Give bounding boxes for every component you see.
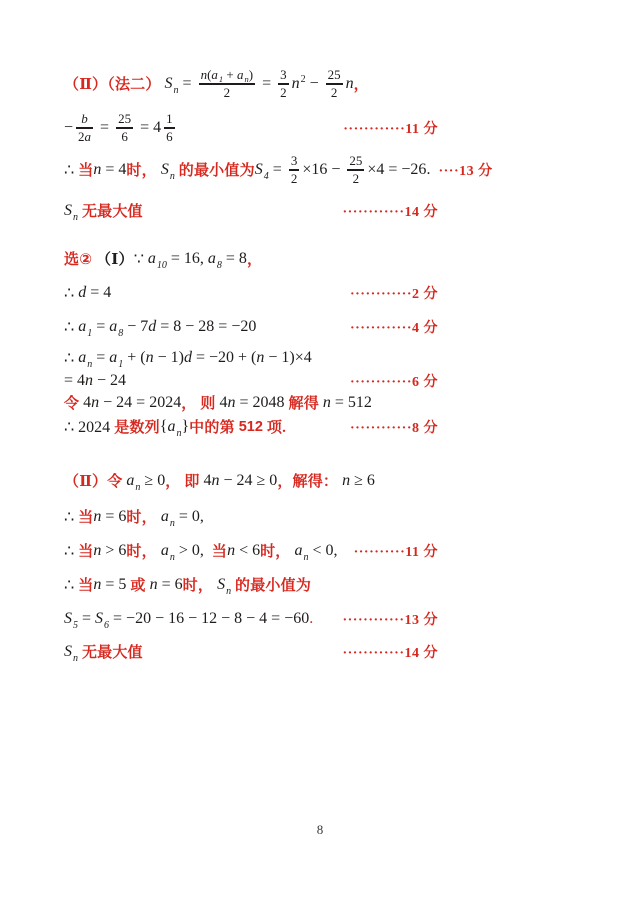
text-run: an (167, 418, 181, 436)
subscript: 8 (217, 260, 222, 271)
text-run: Sn (213, 576, 231, 594)
text-run: ×4 = −26 (367, 161, 426, 179)
line-text: ∴ 当n > 6时， an > 0, 当n < 6时， an < 0, (64, 540, 338, 561)
text-run: + (223, 68, 237, 82)
text-run: ) (249, 68, 253, 82)
text-run: an (291, 542, 309, 560)
fraction-numerator: b (79, 112, 90, 126)
text-run: 当 (78, 506, 93, 527)
text-run: 是数列 (114, 416, 160, 437)
solution-line: ∴ 2024 是数列{an}中的第 512 项.············8 分 (64, 416, 438, 437)
solution-line: ∴ 当n = 4时， Sn 的最小值为S4 = 32×16 − 252×4 = … (64, 152, 438, 188)
text-run: = (78, 610, 95, 628)
solution-line: 选② （Ⅰ）∵ a10 = 16, a8 = 8， (64, 248, 438, 269)
text-run: Sn (161, 75, 179, 93)
fraction-denominator: 2 (222, 86, 233, 100)
text-run: d (78, 284, 86, 302)
text-run: n (256, 349, 264, 367)
text-run: n (228, 394, 236, 412)
line-text: ∴ 当n = 5 或 n = 6时， Sn 的最小值为 (64, 574, 311, 595)
text-run: ， (354, 73, 369, 94)
text-run: ∴ (64, 283, 78, 303)
text-run: 无最大值 (78, 641, 143, 662)
text-run: = (96, 119, 113, 137)
text-run: 时， (126, 540, 156, 561)
text-run: = −20 − 16 − 12 − 8 − 4 = −60 (109, 610, 309, 628)
fraction: n(a1 + an)2 (199, 68, 256, 100)
text-run: > 0, (175, 542, 212, 560)
score-marker: ····13 分 (438, 160, 492, 180)
score-marker: ············4 分 (350, 317, 438, 337)
text-run: 当 (78, 159, 93, 180)
text-run: 3 (280, 68, 287, 82)
text-run: ∴ (64, 541, 78, 561)
subscript: 1 (87, 328, 92, 339)
text-run: = 2048 (236, 394, 289, 412)
text-run: 2 (224, 86, 231, 100)
line-text: （Ⅱ）令 an ≥ 0， 即 4n − 24 ≥ 0，解得： n ≥ 6 (64, 470, 375, 491)
text-run: ∴ 2024 (64, 417, 114, 437)
text-run: = −20 + ( (192, 349, 256, 367)
text-run: an (78, 349, 92, 367)
fraction-denominator: 2 (278, 86, 289, 100)
line-text: ∴ 当n = 6时， an = 0, (64, 506, 204, 527)
text-run: 的最小值为 (175, 159, 255, 180)
text-run: 4 (204, 472, 212, 490)
fraction-denominator: 2 (329, 86, 340, 100)
text-run: 2 (331, 86, 338, 100)
text-run: − 7 (123, 318, 148, 336)
text-run: 的最小值为 (231, 574, 311, 595)
text-run: 25 (328, 68, 341, 82)
text-run: 4 (220, 394, 228, 412)
fraction: 32 (289, 154, 300, 186)
text-run: ≥ 0 (140, 472, 165, 490)
fraction-numerator: 25 (347, 154, 364, 168)
text-run: = 8 − 28 = −20 (156, 318, 256, 336)
document-page: （Ⅱ）（法二） Sn = n(a1 + an)2 = 32n2 − 252n，−… (0, 0, 640, 905)
text-run: ， 即 (165, 470, 203, 491)
text-run: 当 (78, 574, 93, 595)
text-run: d (148, 318, 156, 336)
text-run: （Ⅱ）（法二） (64, 73, 161, 94)
text-run: an (126, 472, 140, 490)
subscript: n (73, 212, 78, 223)
text-run: ×16 − (302, 161, 344, 179)
text-run: ∴ (64, 160, 78, 180)
subscript: n (87, 359, 92, 370)
fraction: 256 (116, 112, 133, 144)
line-text: ∴ 2024 是数列{an}中的第 512 项. (64, 416, 286, 437)
text-run: ，解得： (277, 470, 342, 491)
subscript: 1 (219, 74, 223, 84)
text-run: ∴ (64, 317, 78, 337)
solution-line: ∴ a1 = a8 − 7d = 8 − 28 = −20···········… (64, 317, 438, 337)
text-run: 时， (126, 159, 156, 180)
line-text: Sn 无最大值 (64, 641, 143, 662)
fraction-denominator: 2 (289, 172, 300, 186)
subscript: n (245, 74, 249, 84)
solution-line: ∴ 当n > 6时， an > 0, 当n < 6时， an < 0,·····… (64, 540, 438, 561)
fraction: 16 (164, 112, 175, 144)
text-run: = (179, 75, 196, 93)
superscript: 2 (301, 74, 306, 85)
text-run: n (146, 349, 154, 367)
text-run: S5 (64, 610, 78, 628)
solution-line: （Ⅱ）（法二） Sn = n(a1 + an)2 = 32n2 − 252n， (64, 66, 438, 102)
solution-line: ∴ 当n = 6时， an = 0, (64, 506, 438, 527)
subscript: n (170, 552, 175, 563)
text-run: a1 (78, 318, 92, 336)
text-run: 2 (353, 172, 360, 186)
text-run: . (309, 610, 313, 628)
fraction-numerator: 25 (116, 112, 133, 126)
text-run: ， (247, 248, 262, 269)
page-number: 8 (0, 822, 640, 838)
text-run: = 512 (331, 394, 372, 412)
text-run: 25 (118, 112, 131, 126)
text-run: { (160, 418, 168, 436)
text-run: n (93, 161, 101, 179)
text-run: . (426, 161, 430, 179)
fraction-numerator: 25 (326, 68, 343, 82)
solution-line: = 4n − 24············6 分 (64, 371, 438, 391)
solution-line: ∴ 当n = 5 或 n = 6时， Sn 的最小值为 (64, 574, 438, 595)
text-run: 3 (291, 154, 298, 168)
text-run: = (92, 318, 109, 336)
text-run: 时， (260, 540, 290, 561)
line-text: 选② （Ⅰ）∵ a10 = 16, a8 = 8， (64, 248, 262, 269)
solution-line: 令 4n − 24 = 2024， 则 4n = 2048 解得 n = 512 (64, 392, 438, 413)
text-run: ， 则 (181, 392, 219, 413)
text-run: S6 (95, 610, 109, 628)
solution-line: Sn 无最大值············14 分 (64, 200, 438, 221)
solution-line: ∴ an = a1 + (n − 1)d = −20 + (n − 1)×4 (64, 348, 438, 368)
fraction: 252 (326, 68, 343, 100)
line-text: −b2a = 256 = 416 (64, 112, 178, 144)
solution-line: ∴ d = 4············2 分 (64, 283, 438, 303)
score-marker: ············11 分 (343, 118, 438, 138)
text-run: 当 (78, 540, 93, 561)
subscript: n (73, 653, 78, 664)
text-run: n (146, 576, 158, 594)
solution-line: −b2a = 256 = 416············11 分 (64, 110, 438, 146)
text-run: a10 (148, 250, 167, 268)
line-text: = 4n − 24 (64, 372, 126, 390)
text-run: = (92, 349, 109, 367)
fraction-numerator: n(a1 + an) (199, 68, 256, 82)
text-run: = (258, 75, 275, 93)
subscript: n (176, 428, 181, 439)
line-text: （Ⅱ）（法二） Sn = n(a1 + an)2 = 32n2 − 252n， (64, 68, 369, 100)
text-run: } (181, 418, 189, 436)
score-marker: ············8 分 (350, 417, 438, 437)
text-run: n (212, 472, 220, 490)
subscript: n (170, 171, 175, 182)
text-run: a1 (109, 349, 123, 367)
fraction-denominator: 2 (351, 172, 362, 186)
text-run: 或 (130, 574, 145, 595)
text-run: b (81, 112, 88, 126)
text-run: n (93, 576, 101, 594)
line-text: Sn 无最大值 (64, 200, 143, 221)
subscript: 1 (118, 359, 123, 370)
line-text: ∴ a1 = a8 − 7d = 8 − 28 = −20 (64, 317, 256, 337)
text-run: − 24 ≥ 0 (220, 472, 278, 490)
fraction-denominator: 6 (119, 130, 130, 144)
text-run: Sn (64, 643, 78, 661)
fraction: b2a (76, 112, 93, 144)
text-run: a8 (109, 318, 123, 336)
text-run: an (157, 542, 175, 560)
text-run: 时， (126, 506, 156, 527)
solution-line: S5 = S6 = −20 − 16 − 12 − 8 − 4 = −60.··… (64, 609, 438, 629)
text-run: 2 (291, 172, 298, 186)
text-run: （Ⅰ） (92, 248, 134, 269)
text-run: 选② (64, 248, 92, 269)
text-run: Sn (157, 161, 175, 179)
score-marker: ··········11 分 (354, 541, 438, 561)
text-run: − 1) (154, 349, 184, 367)
text-run: 中的第 (189, 416, 239, 437)
score-marker: ············13 分 (342, 609, 438, 629)
text-run: = (269, 161, 286, 179)
text-run: 2 (280, 86, 287, 100)
subscript: n (170, 518, 175, 529)
text-run: = 8 (222, 250, 247, 268)
text-run: Sn (64, 202, 78, 220)
text-run: − 24 (93, 372, 126, 390)
score-marker: ············6 分 (350, 371, 438, 391)
subscript: 4 (264, 171, 269, 182)
line-text: 令 4n − 24 = 2024， 则 4n = 2048 解得 n = 512 (64, 392, 372, 413)
text-run: n (323, 394, 331, 412)
text-run: = 4 (101, 161, 126, 179)
subscript: n (135, 482, 140, 493)
text-run: 512 (239, 419, 263, 435)
text-run: = 4 (64, 372, 85, 390)
text-run: ≥ 6 (350, 472, 375, 490)
text-run: 时， (183, 574, 213, 595)
text-run: ∴ (64, 348, 78, 368)
text-run: 项. (263, 416, 286, 437)
text-run: − 24 = 2024 (99, 394, 181, 412)
text-run: n (93, 542, 101, 560)
fraction-denominator: 2a (76, 130, 93, 144)
text-run: 1 (166, 112, 173, 126)
text-run: − (64, 119, 73, 137)
text-run: 25 (349, 154, 362, 168)
line-text: ∴ an = a1 + (n − 1)d = −20 + (n − 1)×4 (64, 348, 312, 368)
subscript: n (174, 85, 179, 96)
fraction-numerator: 3 (289, 154, 300, 168)
text-run: − (306, 75, 323, 93)
text-run: n (91, 394, 99, 412)
text-run: an (237, 68, 249, 82)
fraction-denominator: 6 (164, 130, 175, 144)
text-run: = 4 (136, 119, 161, 137)
text-run: n (227, 542, 235, 560)
subscript: 5 (73, 620, 78, 631)
fraction: 32 (278, 68, 289, 100)
text-run: n (342, 472, 350, 490)
text-run: = 6 (101, 508, 126, 526)
text-run: （Ⅱ）令 (64, 470, 126, 491)
text-run: n (85, 372, 93, 390)
text-run: = 6 (158, 576, 183, 594)
fraction-numerator: 3 (278, 68, 289, 82)
text-run: 当 (212, 540, 227, 561)
text-run: 解得 (289, 392, 323, 413)
text-run: S4 (255, 161, 269, 179)
text-run: an (157, 508, 175, 526)
solution-line: Sn 无最大值············14 分 (64, 641, 438, 662)
subscript: 6 (104, 620, 109, 631)
solution-content: （Ⅱ）（法二） Sn = n(a1 + an)2 = 32n2 − 252n，−… (64, 66, 438, 662)
text-run: a1 (211, 68, 223, 82)
line-text: S5 = S6 = −20 − 16 − 12 − 8 − 4 = −60. (64, 610, 313, 628)
fraction-numerator: 1 (164, 112, 175, 126)
text-run: 4 (83, 394, 91, 412)
text-run: = 5 (101, 576, 130, 594)
subscript: n (304, 552, 309, 563)
text-run: = 0, (175, 508, 204, 526)
text-run: 令 (64, 392, 83, 413)
text-run: n (346, 75, 354, 93)
score-marker: ············14 分 (342, 642, 438, 662)
text-run: < 6 (235, 542, 260, 560)
text-run: = 16, (167, 250, 208, 268)
text-run: − 1)×4 (264, 349, 311, 367)
text-run: 6 (166, 130, 173, 144)
text-run: + ( (123, 349, 145, 367)
subscript: 8 (118, 328, 123, 339)
text-run: ∴ (64, 575, 78, 595)
subscript: n (226, 586, 231, 597)
text-run: = 4 (86, 284, 111, 302)
text-run: ∴ (64, 507, 78, 527)
text-run: > 6 (101, 542, 126, 560)
text-run: a8 (208, 250, 222, 268)
line-text: ∴ d = 4 (64, 283, 111, 303)
fraction: 252 (347, 154, 364, 186)
line-text: ∴ 当n = 4时， Sn 的最小值为S4 = 32×16 − 252×4 = … (64, 154, 430, 186)
text-run: 6 (121, 130, 128, 144)
text-run: < 0, (309, 542, 338, 560)
text-run: 无最大值 (78, 200, 143, 221)
text-run: a (85, 130, 92, 144)
text-run: ∵ (134, 249, 148, 269)
subscript: 10 (157, 260, 167, 271)
text-run: d (184, 349, 192, 367)
score-marker: ············2 分 (350, 283, 438, 303)
text-run: n2 (292, 75, 306, 93)
solution-line: （Ⅱ）令 an ≥ 0， 即 4n − 24 ≥ 0，解得： n ≥ 6 (64, 470, 438, 491)
score-marker: ············14 分 (342, 201, 438, 221)
text-run: n (93, 508, 101, 526)
